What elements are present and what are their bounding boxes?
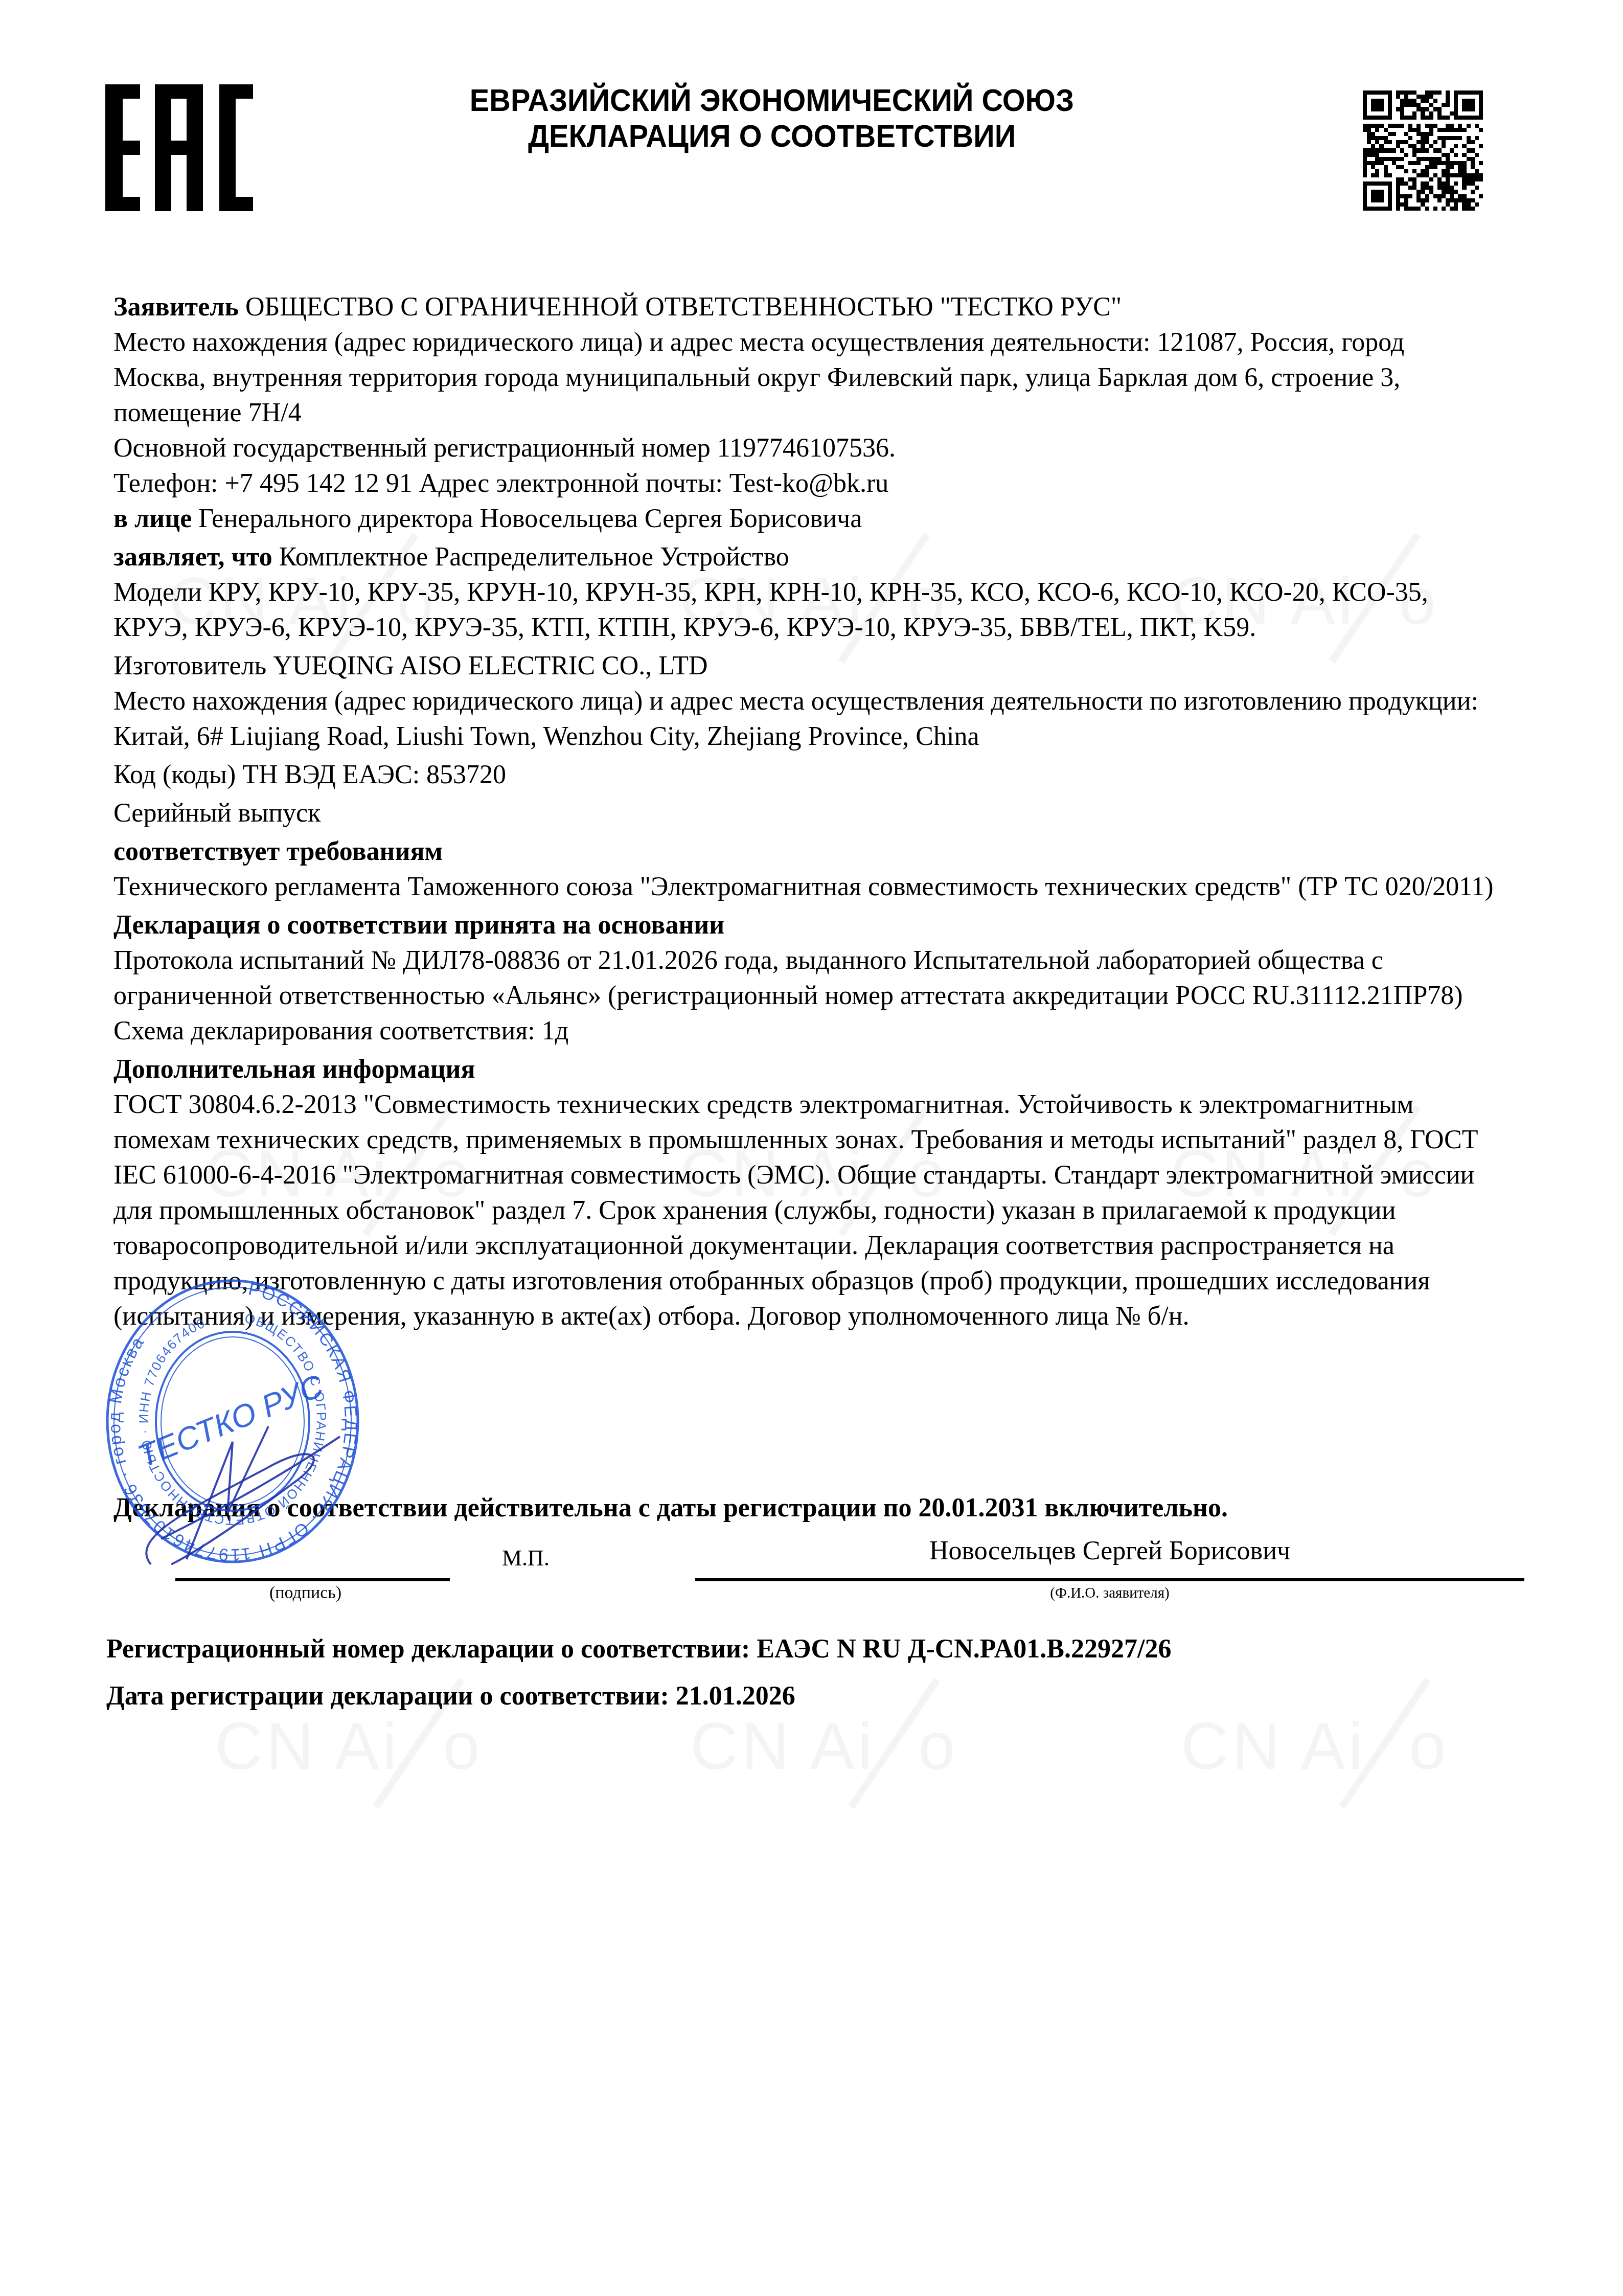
applicant-name: ОБЩЕСТВО С ОГРАНИЧЕННОЙ ОТВЕТСТВЕННОСТЬЮ… (245, 292, 1122, 322)
signer-name: Новосельцев Сергей Борисович (695, 1536, 1524, 1566)
basis-heading: Декларация о соответствии принята на осн… (113, 907, 1494, 943)
manufacturer-line: Изготовитель YUEQING AISO ELECTRIC CO., … (113, 648, 1494, 684)
product-name: Комплектное Распределительное Устройство (279, 542, 789, 572)
production-type: Серийный выпуск (113, 795, 1494, 831)
validity-statement: Декларация о соответствии действительна … (113, 1493, 1228, 1523)
signer-name-line (695, 1578, 1524, 1581)
represented-line: в лице Генерального директора Новосельце… (113, 501, 1494, 536)
declaration-page: CN Aio CN Aio CN Aio CN Aio CN Aio CN Ai… (0, 0, 1623, 2296)
applicant-address: Место нахождения (адрес юридического лиц… (113, 325, 1494, 430)
additional-text: ГОСТ 30804.6.2-2013 "Совместимость техни… (113, 1087, 1494, 1334)
registration-date: Дата регистрации декларации о соответств… (106, 1681, 795, 1711)
signer-name-caption: (Ф.И.О. заявителя) (695, 1585, 1524, 1602)
signature-caption: (подпись) (269, 1583, 341, 1603)
title-union: ЕВРАЗИЙСКИЙ ЭКОНОМИЧЕСКИЙ СОЮЗ (387, 83, 1157, 119)
document-title: ЕВРАЗИЙСКИЙ ЭКОНОМИЧЕСКИЙ СОЮЗ ДЕКЛАРАЦИ… (387, 83, 1157, 154)
product-models: Модели КРУ, КРУ-10, КРУ-35, КРУН-10, КРУ… (113, 575, 1494, 645)
manufacturer-address: Место нахождения (адрес юридического лиц… (113, 684, 1494, 754)
applicant-ogrn: Основной государственный регистрационный… (113, 430, 1494, 466)
eac-logo-icon (105, 84, 255, 212)
applicant-contacts: Телефон: +7 495 142 12 91 Адрес электрон… (113, 466, 1494, 501)
compliance-heading: соответствует требованиям (113, 834, 1494, 869)
qr-code-icon[interactable] (1363, 90, 1483, 211)
declaration-body: Заявитель ОБЩЕСТВО С ОГРАНИЧЕННОЙ ОТВЕТС… (113, 289, 1494, 1334)
title-declaration: ДЕКЛАРАЦИЯ О СООТВЕТСТВИИ (387, 119, 1157, 154)
declares-label: заявляет, что (113, 542, 272, 572)
svg-text:ТЕСТКО РУС: ТЕСТКО РУС (133, 1368, 329, 1474)
tn-ved-code: Код (коды) ТН ВЭД ЕАЭС: 853720 (113, 757, 1494, 792)
seal-place-label: М.П. (502, 1545, 550, 1571)
registration-number: Регистрационный номер декларации о соотв… (106, 1634, 1171, 1664)
represented-by: Генерального директора Новосельцева Серг… (198, 504, 862, 533)
declares-line: заявляет, что Комплектное Распределитель… (113, 539, 1494, 575)
applicant-line: Заявитель ОБЩЕСТВО С ОГРАНИЧЕННОЙ ОТВЕТС… (113, 289, 1494, 325)
applicant-label: Заявитель (113, 292, 239, 322)
additional-heading: Дополнительная информация (113, 1052, 1494, 1087)
watermark: CN Aio (1181, 1667, 1449, 1800)
basis-text: Протокола испытаний № ДИЛ78-08836 от 21.… (113, 943, 1494, 1013)
declaration-scheme: Схема декларирования соответствия: 1д (113, 1013, 1494, 1049)
compliance-text: Технического регламента Таможенного союз… (113, 869, 1494, 904)
signature-line (175, 1578, 450, 1581)
represented-label: в лице (113, 504, 192, 533)
